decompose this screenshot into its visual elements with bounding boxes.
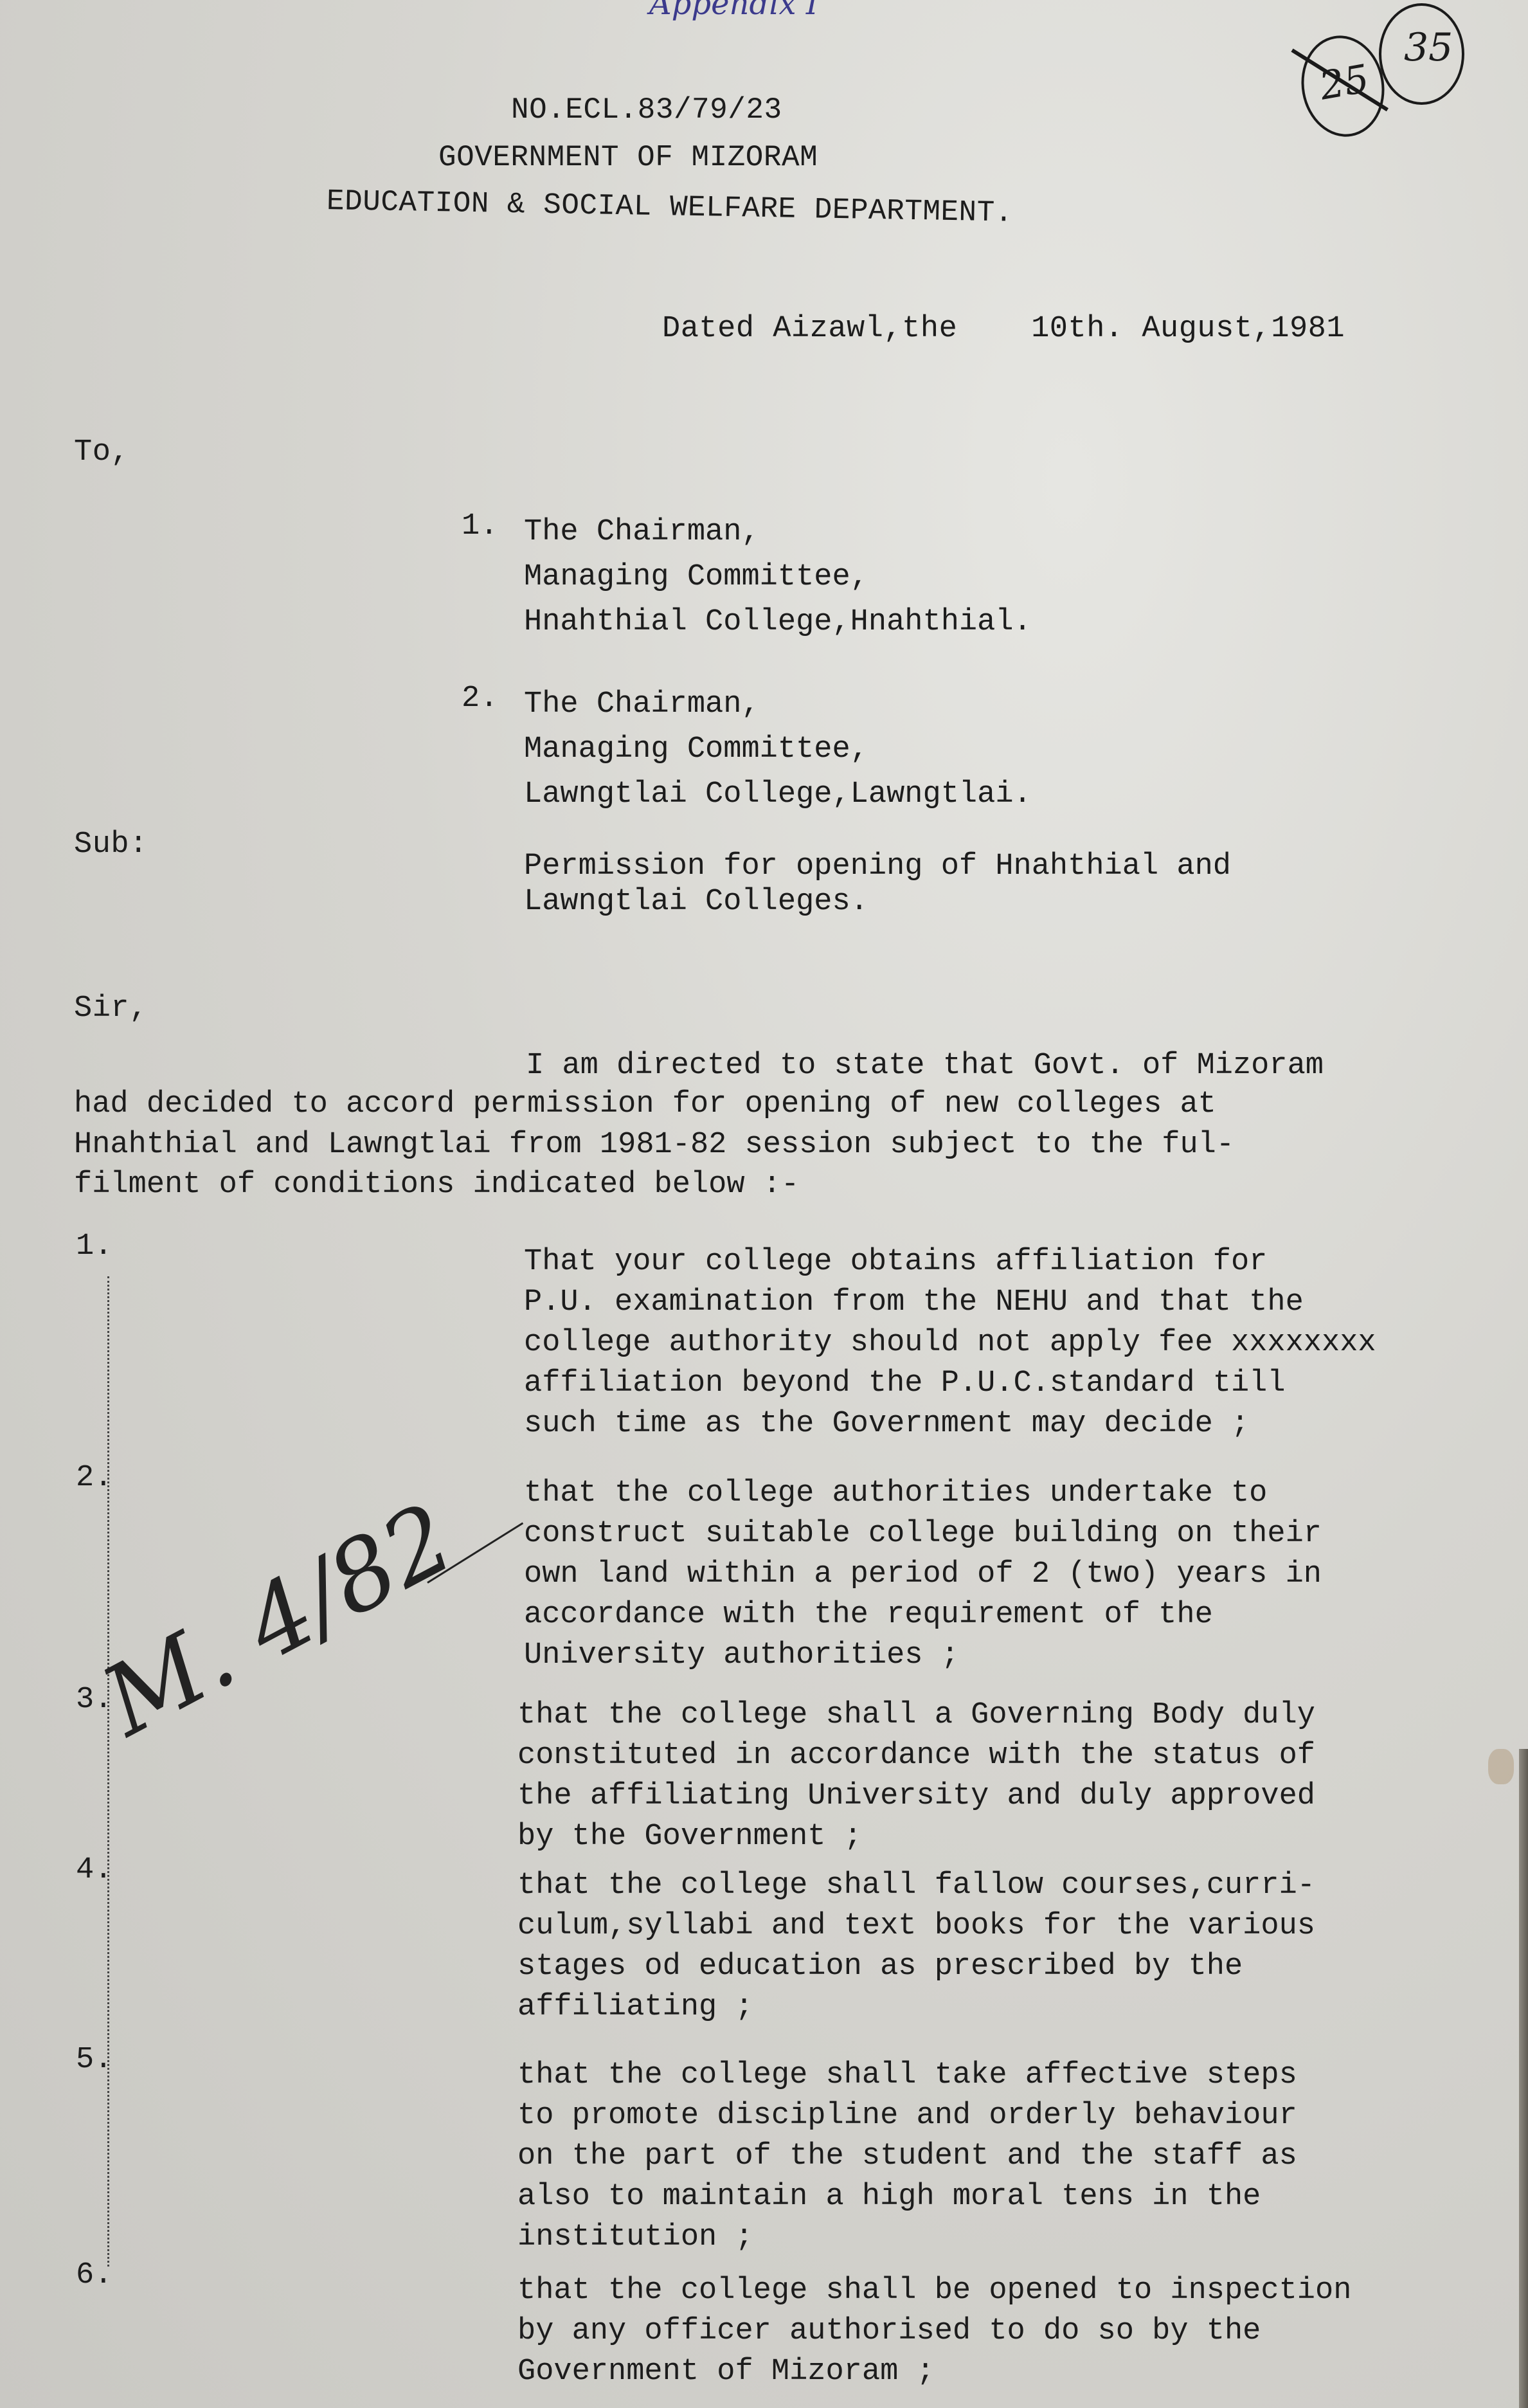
body-first-line: I am directed to state that Govt. of Miz… <box>526 1045 1324 1087</box>
condition-line: on the part of the student and the staff… <box>517 2135 1297 2177</box>
body-line: filment of conditions indicated below :- <box>74 1164 799 1206</box>
stamp-left: 25 <box>1293 29 1392 143</box>
recipient-line: Managing Committee, <box>524 556 868 598</box>
condition-line: such time as the Government may decide ; <box>524 1403 1249 1445</box>
salutation: Sir, <box>74 993 148 1024</box>
stamp-right: 35 <box>1379 3 1464 105</box>
condition-line: that the college shall a Governing Body … <box>517 1694 1315 1736</box>
letter-page: Appendix I 25 35 NO.ECL.83/79/23 GOVERNM… <box>0 0 1528 2408</box>
condition-line: affiliation beyond the P.U.C.standard ti… <box>524 1362 1286 1404</box>
body-line: had decided to accord permission for ope… <box>74 1083 1216 1125</box>
to-label: To, <box>74 437 129 467</box>
condition-line: institution ; <box>517 2216 753 2258</box>
condition-line: that the college authorities undertake t… <box>524 1472 1267 1514</box>
condition-line: also to maintain a high moral tens in th… <box>517 2176 1261 2218</box>
paper-edge <box>1519 1749 1528 2408</box>
recipient-number: 1. <box>462 511 498 541</box>
recipient-line: Hnahthial College,Hnahthial. <box>524 601 1032 643</box>
subject-label: Sub: <box>74 829 148 860</box>
handwritten-margin-note: M. 4/82 <box>85 1482 471 1758</box>
recipient-line: Lawngtlai College,Lawngtlai. <box>524 774 1032 815</box>
body-line: Hnahthial and Lawngtlai from 1981-82 ses… <box>74 1124 1234 1166</box>
subject-line: Lawngtlai Colleges. <box>524 881 868 923</box>
condition-line: P.U. examination from the NEHU and that … <box>524 1281 1304 1323</box>
condition-line: that the college shall fallow courses,cu… <box>517 1865 1315 1906</box>
condition-line: That your college obtains affiliation fo… <box>524 1241 1267 1283</box>
department-name: EDUCATION & SOCIAL WELFARE DEPARTMENT. <box>327 186 1014 228</box>
condition-line: University authorities ; <box>524 1634 959 1676</box>
paper-stain <box>1488 1749 1514 1784</box>
condition-line: by the Government ; <box>517 1816 862 1858</box>
recipient-line: The Chairman, <box>524 683 760 725</box>
condition-line: affiliating ; <box>517 1986 753 2028</box>
date-line: Dated Aizawl,the 10th. August,1981 <box>662 314 1345 344</box>
recipient-line: Managing Committee, <box>524 729 868 770</box>
condition-line: that the college shall be opened to insp… <box>517 2270 1351 2312</box>
condition-line: accordance with the requirement of the <box>524 1594 1213 1636</box>
condition-line: that the college shall take affective st… <box>517 2054 1297 2096</box>
recipient-number: 2. <box>462 683 498 714</box>
government-name: GOVERNMENT OF MIZORAM <box>438 143 818 172</box>
condition-line: by any officer authorised to do so by th… <box>517 2310 1261 2352</box>
condition-line: constituted in accordance with the statu… <box>517 1735 1315 1777</box>
condition-line: stages od education as prescribed by the <box>517 1946 1243 1987</box>
handwritten-annotation-top: Appendix I <box>649 0 818 22</box>
file-number: NO.ECL.83/79/23 <box>511 95 782 125</box>
condition-line: own land within a period of 2 (two) year… <box>524 1553 1322 1595</box>
stamp-right-text: 35 <box>1404 25 1453 70</box>
condition-line: to promote discipline and orderly behavi… <box>517 2095 1297 2137</box>
recipient-line: The Chairman, <box>524 511 760 553</box>
condition-line: culum,syllabi and text books for the var… <box>517 1905 1315 1947</box>
condition-line: college authority should not apply fee x… <box>524 1322 1376 1364</box>
margin-dots <box>107 1276 111 2267</box>
condition-line: the affiliating University and duly appr… <box>517 1775 1315 1817</box>
condition-line: Government of Mizoram ; <box>517 2351 935 2393</box>
condition-number: 1. <box>76 1231 112 1262</box>
condition-line: construct suitable college building on t… <box>524 1513 1322 1555</box>
